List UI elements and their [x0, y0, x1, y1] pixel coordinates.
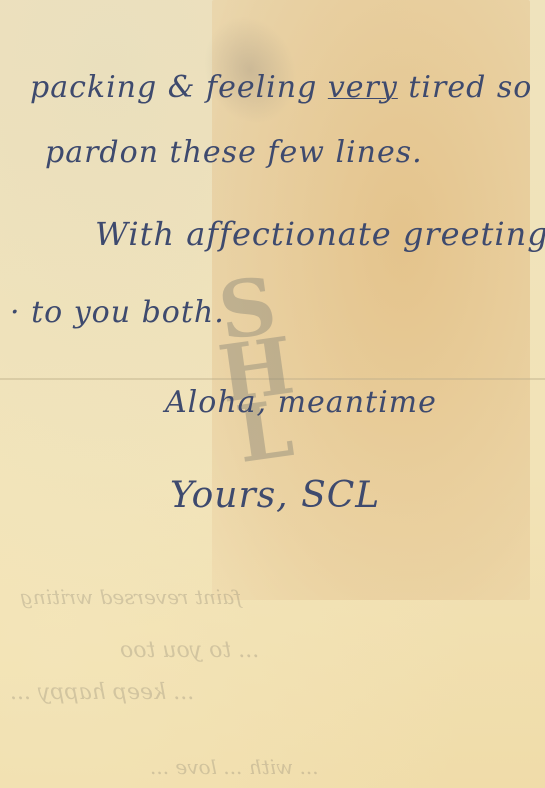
- letter-line-1: packing & feeling very tired so: [30, 70, 532, 105]
- show-through-text: ... with ... love ...: [150, 755, 319, 779]
- show-through-text: ... to you too: [120, 638, 259, 663]
- line-text: tired so: [398, 70, 532, 105]
- closing-line: Aloha, meantime: [165, 385, 437, 420]
- letter-page: S H L faint reversed writing ... to you …: [0, 0, 545, 788]
- letter-line-4: · to you both.: [10, 295, 225, 330]
- underlined-word: very: [328, 70, 398, 105]
- show-through-text: ... keep happy ...: [10, 680, 194, 705]
- signature: Yours, SCL: [170, 475, 380, 516]
- letter-line-2: pardon these few lines.: [45, 135, 423, 170]
- show-through-text: faint reversed writing: [20, 585, 242, 609]
- line-text: packing & feeling: [30, 70, 328, 105]
- letter-line-3: With affectionate greetings: [95, 215, 545, 253]
